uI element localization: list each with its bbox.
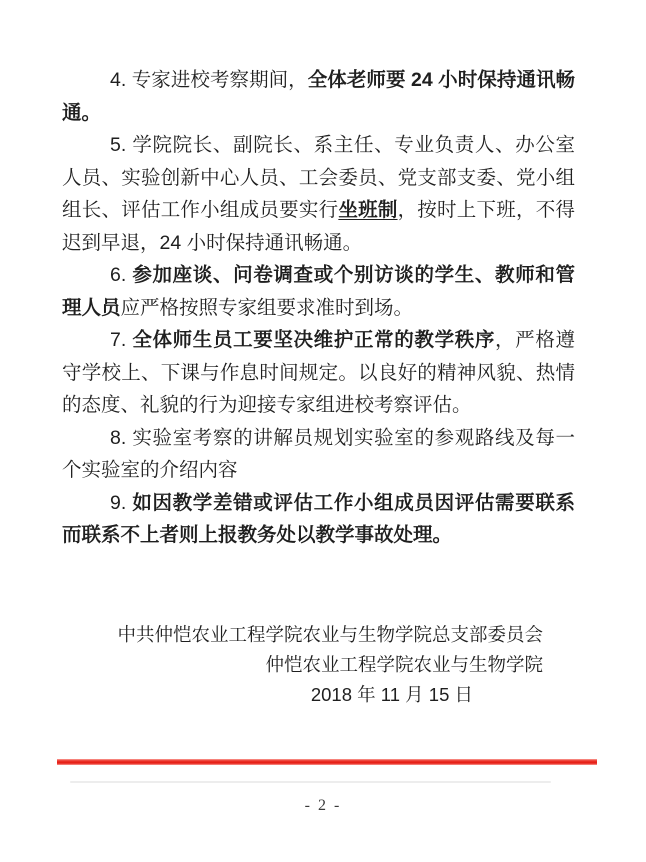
text-segment: 7.	[110, 329, 132, 351]
text-segment: 8. 实验室考察的讲解员规划实验室的参观路线及每一个实验室的介绍内容	[62, 427, 575, 482]
document-page: 4. 专家进校考察期间，全体老师要 24 小时保持通讯畅通。 5. 学院院长、副…	[0, 0, 646, 862]
page-number: - 2 -	[0, 797, 646, 815]
paragraph-7: 7. 全体师生员工要坚决维护正常的教学秩序，严格遵守学校上、下课与作息时间规定。…	[62, 324, 575, 422]
paragraph-8: 8. 实验室考察的讲解员规划实验室的参观路线及每一个实验室的介绍内容	[62, 422, 575, 487]
text-segment: 9.	[110, 492, 132, 514]
signature-date: 2018 年 11 月 15 日	[117, 680, 473, 710]
signature-org-line-1: 中共仲恺农业工程学院农业与生物学院总支部委员会	[117, 620, 543, 650]
paragraph-5: 5. 学院院长、副院长、系主任、专业负责人、办公室人员、实验创新中心人员、工会委…	[62, 129, 575, 259]
scan-shadow-line	[70, 781, 551, 783]
paragraph-9: 9. 如因教学差错或评估工作小组成员因评估需要联系而联系不上者则上报教务处以教学…	[62, 487, 575, 552]
text-segment-bold: 如因教学差错或评估工作小组成员因评估需要联系而联系不上者则上报教务处以教学事故处…	[62, 492, 575, 547]
paragraph-4: 4. 专家进校考察期间，全体老师要 24 小时保持通讯畅通。	[62, 64, 575, 129]
signature-block: 中共仲恺农业工程学院农业与生物学院总支部委员会 仲恺农业工程学院农业与生物学院 …	[117, 620, 543, 710]
text-segment: 4. 专家进校考察期间，	[110, 69, 308, 91]
footer-red-rule	[57, 759, 597, 765]
text-segment: 6.	[110, 264, 132, 286]
text-segment: 应严格按照专家组要求准时到场。	[121, 297, 414, 319]
signature-org-line-2: 仲恺农业工程学院农业与生物学院	[117, 650, 543, 680]
text-segment-bold-underline: 坐班制	[338, 199, 397, 221]
text-segment-bold: 全体师生员工要坚决维护正常的教学秩序	[132, 329, 495, 351]
paragraph-6: 6. 参加座谈、问卷调查或个别访谈的学生、教师和管理人员应严格按照专家组要求准时…	[62, 259, 575, 324]
body-text: 4. 专家进校考察期间，全体老师要 24 小时保持通讯畅通。 5. 学院院长、副…	[62, 64, 575, 552]
